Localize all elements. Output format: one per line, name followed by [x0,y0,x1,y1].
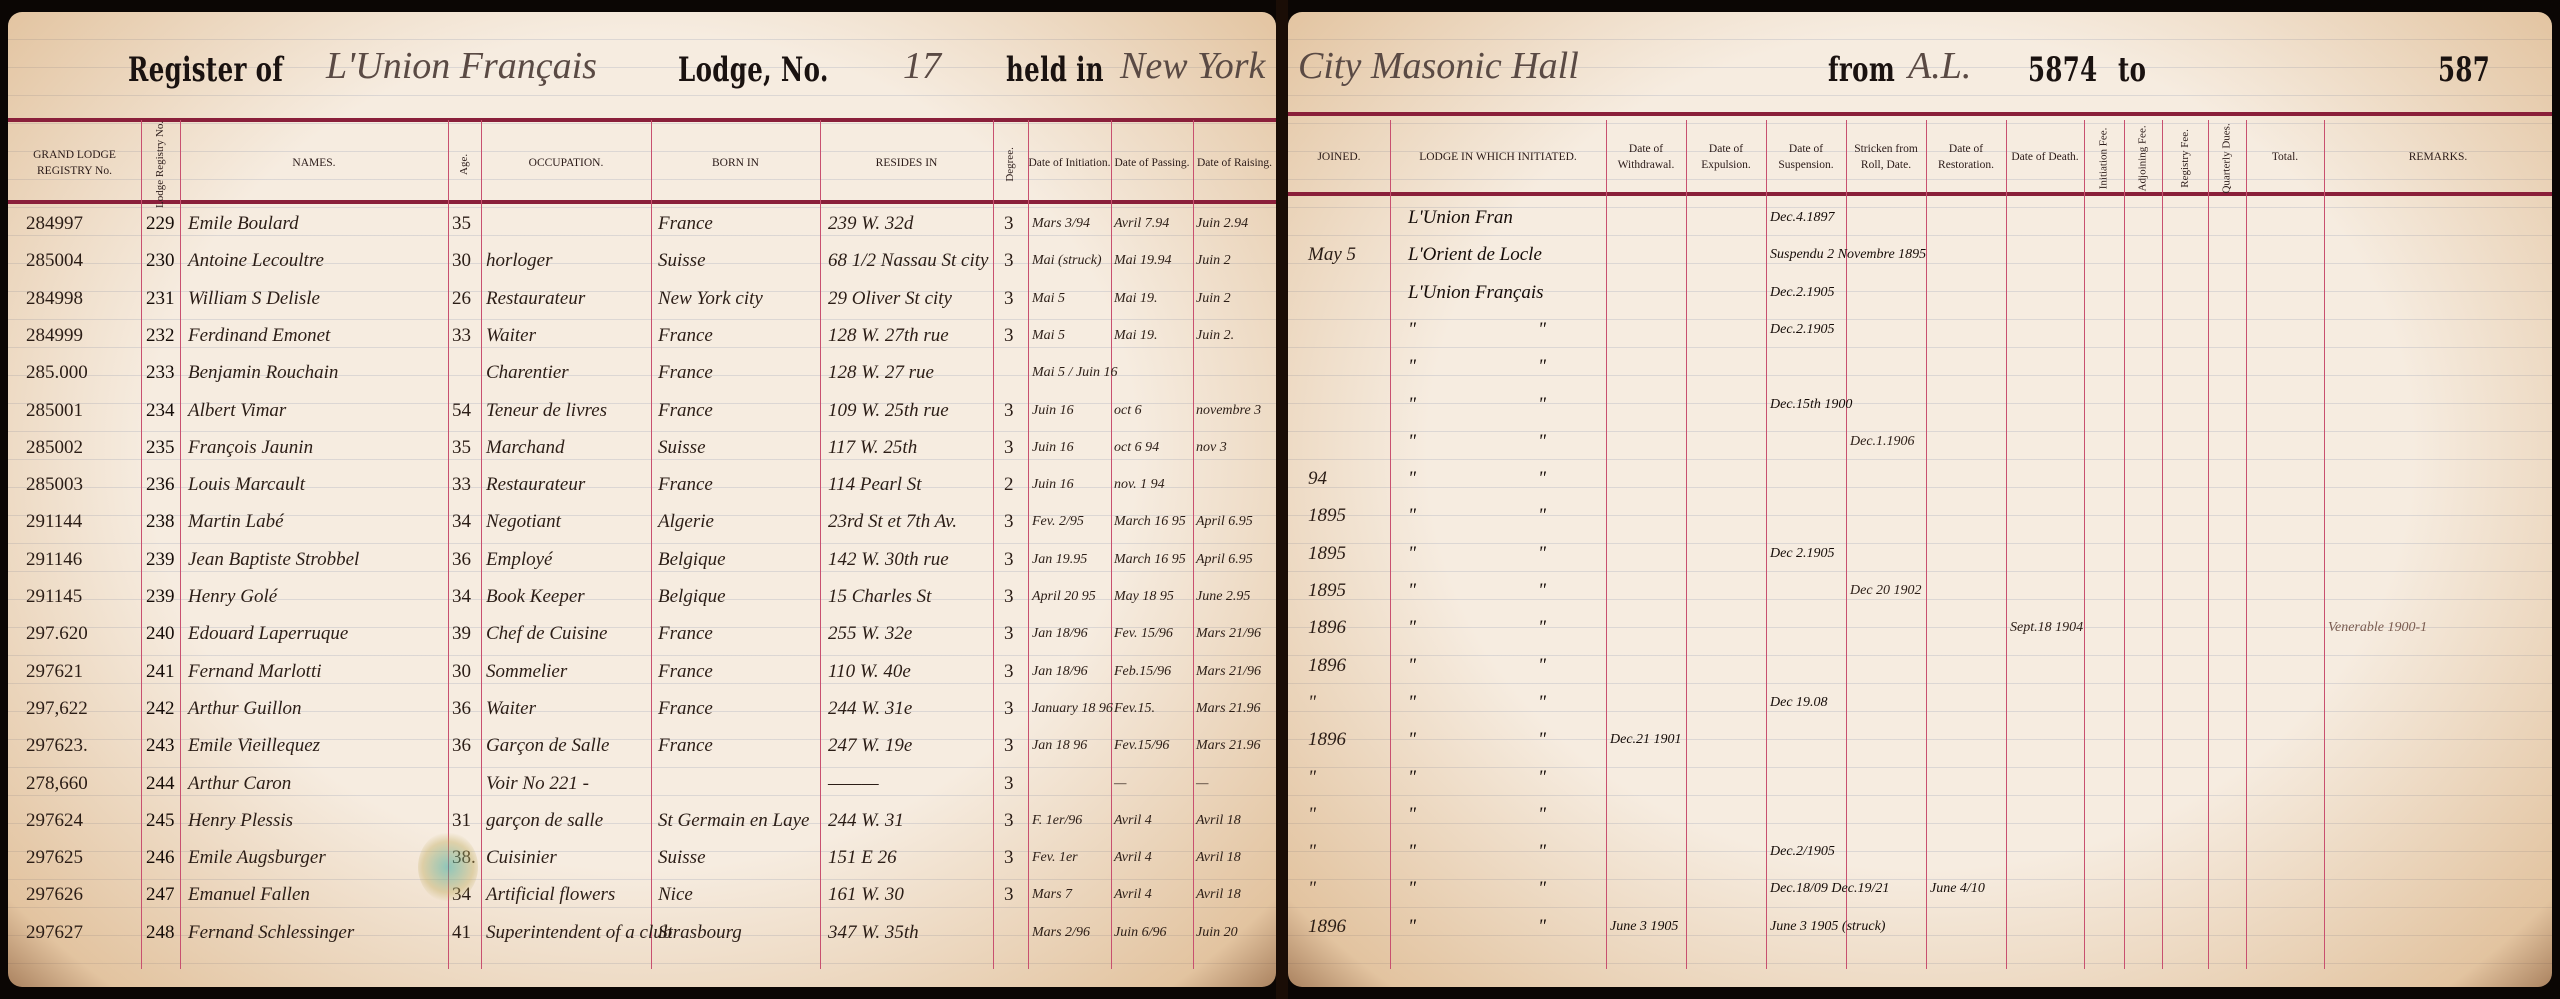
occupation: Charentier [486,359,569,386]
date-passing: Feb.15/96 [1114,658,1171,685]
date-suspension: Dec.18/09 Dec.19/21 [1770,875,1889,902]
resides-in: 239 W. 32d [828,210,913,237]
date-initiation: Fev. 1er [1032,844,1078,871]
header-date-expulsion: Date of Expulsion. [1686,118,1766,198]
degree: 3 [1004,881,1014,908]
stricken-date: Dec.1.1906 [1850,428,1915,455]
resides-in: 244 W. 31 [828,807,904,834]
occupation: Artificial flowers [486,881,615,908]
born-in: Suisse [658,844,706,871]
lodge-initiated-ditto: " [1538,838,1546,865]
lodge-initiated: " [1408,764,1416,791]
lodge-initiated-ditto: " [1538,875,1546,902]
lodge-initiated-ditto: " [1538,316,1546,343]
header-date-initiation: Date of Initiation. [1028,124,1111,204]
resides-in: 15 Charles St [828,583,931,610]
date-passing: March 16 95 [1114,546,1186,573]
lodge-initiated-ditto: " [1538,353,1546,380]
lodge-registry-no: 246 [146,844,175,871]
age: 38. [452,844,476,871]
date-raising: Avril 18 [1196,844,1241,871]
joined: 1896 [1308,614,1346,641]
header-date-suspension: Date of Suspension. [1766,118,1846,198]
header-date-withdrawal: Date of Withdrawal. [1606,118,1686,198]
degree: 3 [1004,210,1014,237]
remarks: Venerable 1900-1 [2328,614,2427,641]
joined: " [1308,801,1316,828]
date-passing: Fev.15/96 [1114,732,1169,759]
occupation: garçon de salle [486,807,603,834]
date-passing: nov. 1 94 [1114,471,1165,498]
occupation: Superintendent of a club [486,919,672,946]
lodge-registry-no: 247 [146,881,175,908]
lodge-initiated: " [1408,689,1416,716]
resides-in: 29 Oliver St city [828,285,952,312]
joined: " [1308,764,1316,791]
date-passing: Avril 4 [1114,881,1152,908]
born-in: France [658,210,713,237]
date-passing: Avril 4 [1114,807,1152,834]
lodge-initiated-ditto: " [1538,764,1546,791]
date-raising: nov 3 [1196,434,1227,461]
lodge-initiated: L'Union Fran [1408,204,1513,231]
occupation: Negotiant [486,508,561,535]
date-initiation: Mars 7 [1032,881,1072,908]
age: 36 [452,732,471,759]
age: 26 [452,285,471,312]
date-raising: novembre 3 [1196,397,1261,424]
resides-in: 128 W. 27th rue [828,322,949,349]
from-al: A.L. [1908,44,1971,88]
lodge-initiated: " [1408,913,1416,940]
date-passing: Fev.15. [1114,695,1155,722]
held-in-venue: City Masonic Hall [1298,44,1579,88]
resides-in: 128 W. 27 rue [828,359,934,386]
from-year: 5874 [2028,50,2098,90]
degree: 3 [1004,322,1014,349]
age: 39 [452,620,471,647]
born-in: France [658,732,713,759]
occupation: Restaurateur [486,471,585,498]
lodge-initiated-ditto: " [1538,801,1546,828]
degree: 3 [1004,770,1014,797]
date-restoration: June 4/10 [1930,875,1985,902]
member-name: Louis Marcault [188,471,305,498]
lodge-registry-no: 243 [146,732,175,759]
born-in: St Germain en Laye [658,807,809,834]
member-name: Antoine Lecoultre [188,247,324,274]
age: 33 [452,471,471,498]
born-in: France [658,695,713,722]
degree: 3 [1004,732,1014,759]
date-initiation: F. 1er/96 [1032,807,1082,834]
header-grand-lodge-registry: GRAND LODGE REGISTRY No. [8,124,141,204]
grand-lodge-registry-no: 285001 [26,397,83,424]
date-suspension: Dec.4.1897 [1770,204,1835,231]
grand-lodge-registry-no: 278,660 [26,770,88,797]
date-passing: Mai 19. [1114,285,1158,312]
born-in: Belgique [658,546,726,573]
grand-lodge-registry-no: 285.000 [26,359,88,386]
header-names: NAMES. [180,124,448,204]
occupation: Restaurateur [486,285,585,312]
degree: 3 [1004,695,1014,722]
resides-in: 23rd St et 7th Av. [828,508,957,535]
grand-lodge-registry-no: 297.620 [26,620,88,647]
lodge-initiated: " [1408,875,1416,902]
header-adjoining-fee: Adjoining Fee. [2124,118,2162,198]
born-in: France [658,658,713,685]
degree: 3 [1004,583,1014,610]
degree: 3 [1004,546,1014,573]
date-passing: Avril 7.94 [1114,210,1169,237]
title-line-left: Register of L'Union Français Lodge, No. … [8,40,1276,110]
born-in: France [658,359,713,386]
date-suspension: Suspendu 2 Novembre 1895 [1770,241,1926,268]
grand-lodge-registry-no: 291146 [26,546,82,573]
resides-in: 161 W. 30 [828,881,904,908]
date-raising: Juin 2 [1196,285,1231,312]
member-name: Arthur Caron [188,770,291,797]
joined: 1895 [1308,577,1346,604]
resides-in: 347 W. 35th [828,919,919,946]
age: 36 [452,695,471,722]
date-passing: March 16 95 [1114,508,1186,535]
member-name: Benjamin Rouchain [188,359,338,386]
date-raising: Mars 21/96 [1196,658,1261,685]
date-initiation: Juin 16 [1032,397,1074,424]
joined: 1896 [1308,913,1346,940]
date-raising: Mars 21.96 [1196,732,1261,759]
header-date-raising: Date of Raising. [1193,124,1276,204]
member-name: Emile Boulard [188,210,299,237]
age: 34 [452,881,471,908]
header-initiation-fee: Initiation Fee. [2084,118,2124,198]
date-initiation: Juin 16 [1032,434,1074,461]
lodge-initiated-ditto: " [1538,726,1546,753]
lodge-initiated-ditto: " [1538,577,1546,604]
grand-lodge-registry-no: 291145 [26,583,82,610]
lodge-registry-no: 231 [146,285,175,312]
occupation: Chef de Cuisine [486,620,607,647]
lodge-registry-no: 229 [146,210,175,237]
stricken-date: Dec 20 1902 [1850,577,1922,604]
degree: 3 [1004,508,1014,535]
date-passing: Mai 19.94 [1114,247,1172,274]
born-in: Suisse [658,434,706,461]
date-suspension: Dec.2.1905 [1770,316,1835,343]
date-death: Sept.18 1904 [2010,614,2083,641]
header-quarterly-dues: Quarterly Dues. [2208,118,2246,198]
lodge-initiated: L'Orient de Locle [1408,241,1542,268]
header-top-rule [8,118,1276,122]
member-name: Henry Golé [188,583,277,610]
lodge-initiated-ditto: " [1538,428,1546,455]
date-passing: — [1114,770,1126,797]
born-in: New York city [658,285,763,312]
resides-in: 117 W. 25th [828,434,917,461]
register-of-label: Register of [128,50,283,90]
date-raising: — [1196,770,1208,797]
lodge-registry-no: 244 [146,770,175,797]
to-year: 587 [2438,50,2490,90]
grand-lodge-registry-no: 284998 [26,285,83,312]
date-raising: April 6.95 [1196,508,1253,535]
joined: " [1308,689,1316,716]
header-date-restoration: Date of Restoration. [1926,118,2006,198]
lodge-label: Lodge, No. [678,50,829,90]
lodge-registry-no: 239 [146,583,175,610]
member-name: Edouard Laperruque [188,620,348,647]
grand-lodge-registry-no: 285002 [26,434,83,461]
date-raising: Mars 21.96 [1196,695,1261,722]
header-top-rule-right [1288,112,2552,116]
member-name: Jean Baptiste Strobbel [188,546,359,573]
date-raising: Mars 21/96 [1196,620,1261,647]
born-in: France [658,322,713,349]
grand-lodge-registry-no: 284999 [26,322,83,349]
title-line-right: City Masonic Hall from A.L. 5874 to 587 [1288,40,2552,110]
lodge-initiated-ditto: " [1538,465,1546,492]
age: 54 [452,397,471,424]
born-in: Belgique [658,583,726,610]
lodge-initiated: " [1408,502,1416,529]
grand-lodge-registry-no: 297626 [26,881,83,908]
date-passing: oct 6 94 [1114,434,1159,461]
lodge-registry-no: 239 [146,546,175,573]
lodge-initiated: " [1408,801,1416,828]
lodge-registry-no: 242 [146,695,175,722]
date-initiation: April 20 95 [1032,583,1096,610]
member-name: Ferdinand Emonet [188,322,330,349]
date-raising: Avril 18 [1196,881,1241,908]
degree: 3 [1004,247,1014,274]
age: 30 [452,247,471,274]
right-page: City Masonic Hall from A.L. 5874 to 587 … [1288,12,2552,987]
degree: 3 [1004,844,1014,871]
date-raising: April 6.95 [1196,546,1253,573]
resides-in: 114 Pearl St [828,471,922,498]
date-suspension: Dec.2.1905 [1770,279,1835,306]
date-raising: Avril 18 [1196,807,1241,834]
lodge-initiated: " [1408,391,1416,418]
lodge-registry-no: 248 [146,919,175,946]
lodge-initiated: " [1408,652,1416,679]
degree: 3 [1004,807,1014,834]
date-initiation: Jan 19.95 [1032,546,1087,573]
joined: 1896 [1308,652,1346,679]
grand-lodge-registry-no: 284997 [26,210,83,237]
date-passing: Mai 19. [1114,322,1158,349]
date-passing: May 18 95 [1114,583,1174,610]
lodge-initiated: " [1408,316,1416,343]
lodge-initiated-ditto: " [1538,913,1546,940]
joined: May 5 [1308,241,1356,268]
to-label: to [2118,50,2146,90]
grand-lodge-registry-no: 297621 [26,658,83,685]
member-name: François Jaunin [188,434,313,461]
degree: 3 [1004,285,1014,312]
lodge-registry-no: 234 [146,397,175,424]
lodge-initiated: L'Union Français [1408,279,1544,306]
member-name: Henry Plessis [188,807,293,834]
held-in-label: held in [1006,50,1104,90]
lodge-initiated-ditto: " [1538,540,1546,567]
lodge-initiated-ditto: " [1538,391,1546,418]
resides-in: 109 W. 25th rue [828,397,949,424]
date-initiation: Mars 2/96 [1032,919,1090,946]
lodge-initiated: " [1408,428,1416,455]
date-initiation: January 18 96 [1032,695,1113,722]
occupation: Teneur de livres [486,397,607,424]
lodge-initiated: " [1408,540,1416,567]
date-raising: Juin 20 [1196,919,1238,946]
joined: 94 [1308,465,1327,492]
occupation: Marchand [486,434,564,461]
header-occupation: OCCUPATION. [481,124,651,204]
date-raising: June 2.95 [1196,583,1250,610]
member-name: Emanuel Fallen [188,881,310,908]
date-initiation: Mai 5 [1032,285,1065,312]
age: 35 [452,434,471,461]
date-suspension: Dec 2.1905 [1770,540,1835,567]
lodge-initiated: " [1408,577,1416,604]
header-degree: Degree. [993,124,1028,204]
header-date-death: Date of Death. [2006,118,2084,198]
joined: 1895 [1308,502,1346,529]
lodge-registry-no: 238 [146,508,175,535]
degree: 3 [1004,658,1014,685]
date-passing: Fev. 15/96 [1114,620,1173,647]
lodge-registry-no: 240 [146,620,175,647]
lodge-initiated: " [1408,353,1416,380]
header-born-in: BORN IN [651,124,820,204]
occupation: Voir No 221 - [486,770,589,797]
age: 36 [452,546,471,573]
age: 34 [452,508,471,535]
age: 33 [452,322,471,349]
lodge-registry-no: 232 [146,322,175,349]
grand-lodge-registry-no: 285003 [26,471,83,498]
born-in: Strasbourg [658,919,742,946]
date-initiation: Jan 18 96 [1032,732,1087,759]
occupation: Book Keeper [486,583,585,610]
held-in-city: New York [1120,44,1265,88]
joined: 1895 [1308,540,1346,567]
date-suspension: June 3 1905 (struck) [1770,913,1885,940]
grand-lodge-registry-no: 297625 [26,844,83,871]
lodge-initiated-ditto: " [1538,652,1546,679]
book-spine [1276,0,1288,999]
born-in: Nice [658,881,693,908]
member-name: Fernand Marlotti [188,658,322,685]
date-passing: Avril 4 [1114,844,1152,871]
resides-in: 142 W. 30th rue [828,546,949,573]
occupation: horloger [486,247,553,274]
date-passing: oct 6 [1114,397,1142,424]
date-passing: Juin 6/96 [1114,919,1167,946]
date-suspension: Dec.2/1905 [1770,838,1835,865]
lodge-initiated: " [1408,726,1416,753]
occupation: Garçon de Salle [486,732,609,759]
lodge-registry-no: 241 [146,658,175,685]
grand-lodge-registry-no: 297624 [26,807,83,834]
born-in: France [658,397,713,424]
grand-lodge-registry-no: 291144 [26,508,82,535]
occupation: Waiter [486,322,536,349]
date-initiation: Jan 18/96 [1032,658,1088,685]
degree: 3 [1004,434,1014,461]
lodge-initiated: " [1408,614,1416,641]
occupation: Cuisinier [486,844,557,871]
resides-in: 110 W. 40e [828,658,911,685]
member-name: William S Delisle [188,285,320,312]
member-name: Emile Vieillequez [188,732,320,759]
header-total: Total. [2246,118,2324,198]
born-in: France [658,620,713,647]
member-name: Albert Vimar [188,397,286,424]
lodge-registry-no: 235 [146,434,175,461]
date-initiation: Juin 16 [1032,471,1074,498]
left-page: Register of L'Union Français Lodge, No. … [8,12,1276,987]
member-name: Martin Labé [188,508,284,535]
date-raising: Juin 2.94 [1196,210,1248,237]
degree: 3 [1004,620,1014,647]
member-name: Fernand Schlessinger [188,919,354,946]
date-initiation: Jan 18/96 [1032,620,1088,647]
lodge-initiated-ditto: " [1538,614,1546,641]
grand-lodge-registry-no: 297,622 [26,695,88,722]
lodge-registry-no: 230 [146,247,175,274]
grand-lodge-registry-no: 285004 [26,247,83,274]
age: 31 [452,807,471,834]
date-withdrawal: June 3 1905 [1610,913,1678,940]
member-name: Emile Augsburger [188,844,326,871]
lodge-initiated: " [1408,465,1416,492]
member-name: Arthur Guillon [188,695,301,722]
date-initiation: Mars 3/94 [1032,210,1090,237]
born-in: Algerie [658,508,714,535]
degree: 2 [1004,471,1014,498]
resides-in: 244 W. 31e [828,695,912,722]
lodge-registry-no: 233 [146,359,175,386]
date-raising: Juin 2. [1196,322,1234,349]
grand-lodge-registry-no: 297627 [26,919,83,946]
lodge-number: 17 [903,44,941,88]
header-lodge-registry: Lodge Registry No. [141,124,180,204]
age: 30 [452,658,471,685]
date-suspension: Dec.15th 1900 [1770,391,1852,418]
grand-lodge-registry-no: 297623. [26,732,88,759]
lodge-registry-no: 236 [146,471,175,498]
occupation: Waiter [486,695,536,722]
lodge-initiated-ditto: " [1538,502,1546,529]
joined: " [1308,875,1316,902]
header-date-passing: Date of Passing. [1111,124,1193,204]
date-withdrawal: Dec.21 1901 [1610,726,1682,753]
joined: " [1308,838,1316,865]
date-suspension: Dec 19.08 [1770,689,1828,716]
resides-in: 247 W. 19e [828,732,912,759]
lodge-initiated: " [1408,838,1416,865]
date-initiation: Fev. 2/95 [1032,508,1084,535]
lodge-name: L'Union Français [326,44,597,88]
from-label: from [1828,50,1895,90]
resides-in: 68 1/2 Nassau St city [828,247,988,274]
lodge-registry-no: 245 [146,807,175,834]
degree: 3 [1004,397,1014,424]
resides-in: 151 E 26 [828,844,897,871]
